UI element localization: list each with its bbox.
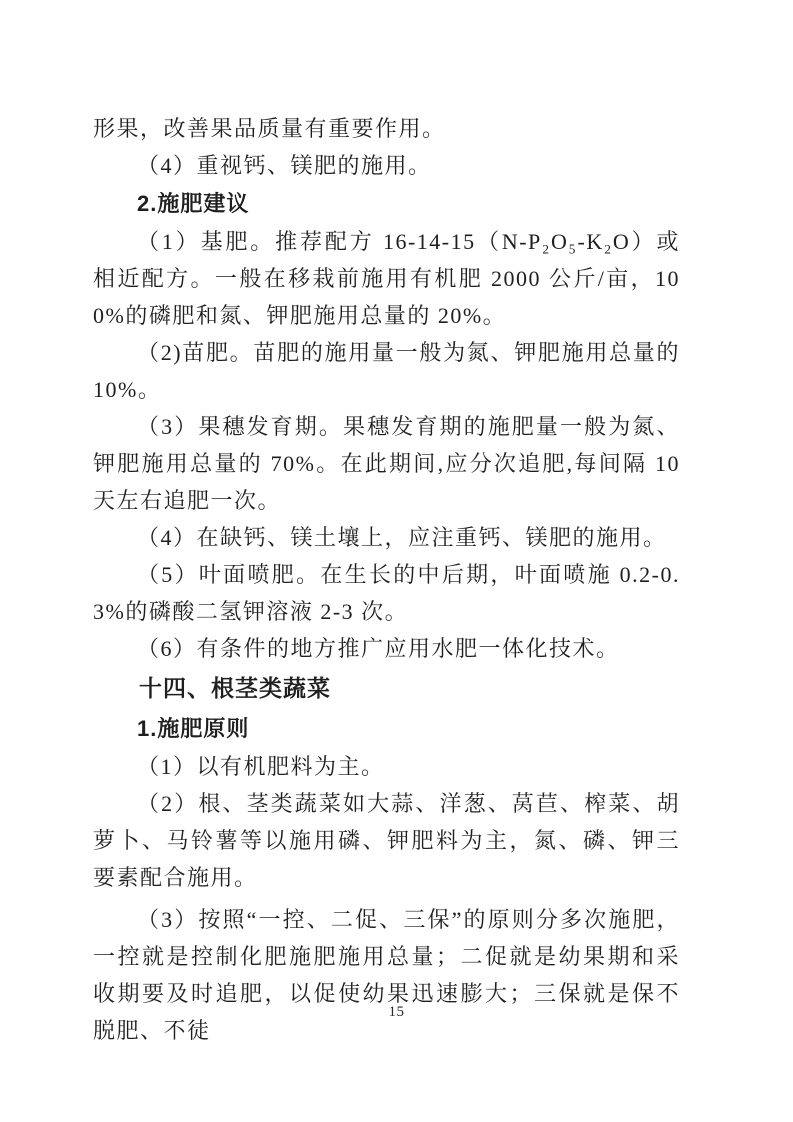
paragraph-item-4-calcium: （4）重视钙、镁肥的施用。 (93, 147, 680, 184)
paragraph-fertigation: （6）有条件的地方推广应用水肥一体化技术。 (93, 630, 680, 667)
heading-fertilizer-principles: 1.施肥原则 (93, 710, 680, 747)
paragraph-seedling-fertilizer: （2)苗肥。苗肥的施用量一般为氮、钾肥施用总量的 10%。 (93, 334, 680, 408)
paragraph-fruit-stage: （3）果穗发育期。果穗发育期的施肥量一般为氮、钾肥施用总量的 70%。在此期间,… (93, 408, 680, 519)
heading-root-vegetables: 十四、根茎类蔬菜 (93, 669, 680, 708)
paragraph-calcium-soil: （4）在缺钙、镁土壤上，应注重钙、镁肥的施用。 (93, 519, 680, 556)
page-number: 15 (0, 1004, 793, 1021)
paragraph-continuation: 形果，改善果品质量有重要作用。 (93, 110, 680, 147)
paragraph-pk-fertilizer: （2）根、茎类蔬菜如大蒜、洋葱、莴苣、榨菜、胡萝卜、马铃薯等以施用磷、钾肥料为主… (93, 785, 680, 896)
paragraph-organic-first: （1）以有机肥料为主。 (93, 748, 680, 785)
document-page: 形果，改善果品质量有重要作用。 （4）重视钙、镁肥的施用。 2.施肥建议 （1）… (0, 0, 793, 1122)
heading-fertilizer-advice: 2.施肥建议 (93, 185, 680, 222)
paragraph-base-fertilizer: （1）基肥。推荐配方 16-14-15（N-P₂O₅-K₂O）或相近配方。一般在… (93, 223, 680, 334)
document-body: 形果，改善果品质量有重要作用。 （4）重视钙、镁肥的施用。 2.施肥建议 （1）… (93, 110, 680, 1049)
paragraph-foliar-spray: （5）叶面喷肥。在生长的中后期，叶面喷施 0.2-0.3%的磷酸二氢钾溶液 2-… (93, 556, 680, 630)
paragraph-control-promote: （3）按照“一控、二促、三保”的原则分多次施肥，一控就是控制化肥施肥施用总量；二… (93, 901, 680, 1049)
